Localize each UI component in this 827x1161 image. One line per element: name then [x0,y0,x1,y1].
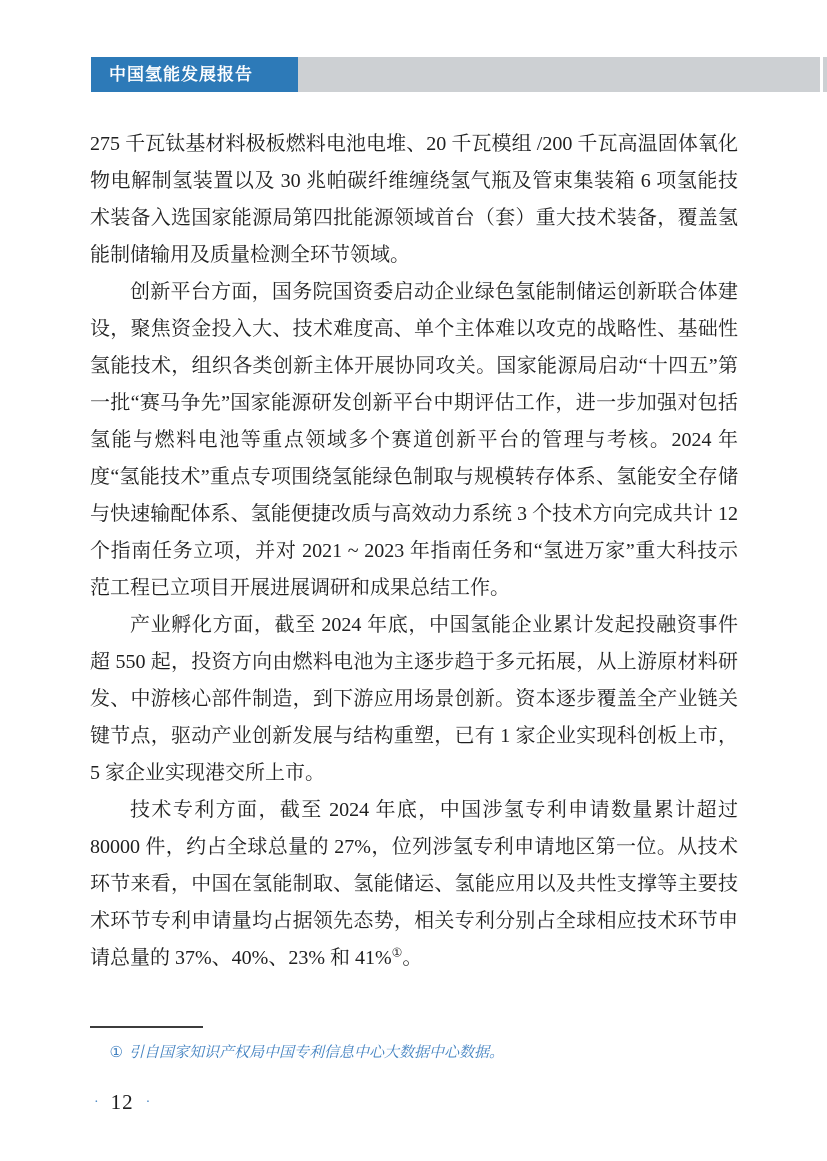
paragraph-innovation-platform: 创新平台方面，国务院国资委启动企业绿色氢能制储运创新联合体建设，聚焦资金投入大、… [90,274,738,607]
footnote-marker: ① [110,1045,123,1061]
footnote: ①引自国家知识产权局中国专利信息中心大数据中心数据。 [90,1042,738,1064]
paragraph-industry-incubation: 产业孵化方面，截至 2024 年底，中国氢能企业累计发起投融资事件超 550 起… [90,607,738,792]
page-number-value: 12 [111,1090,134,1115]
header-gray-bar [298,57,820,92]
body-text: 275 千瓦钛基材料极板燃料电池电堆、20 千瓦模组 /200 千瓦高温固体氧化… [90,126,738,977]
paragraph-patents-period: 。 [402,947,422,969]
report-title-badge: 中国氢能发展报告 [91,57,298,92]
paragraph-patents-text: 技术专利方面，截至 2024 年底，中国涉氢专利申请数量累计超过 80000 件… [90,799,738,969]
page-header: 中国氢能发展报告 [91,57,827,92]
header-edge-sliver [823,57,827,92]
footnote-reference-mark: ① [392,945,403,959]
paragraph-equipment: 275 千瓦钛基材料极板燃料电池电堆、20 千瓦模组 /200 千瓦高温固体氧化… [90,126,738,274]
document-page: 中国氢能发展报告 275 千瓦钛基材料极板燃料电池电堆、20 千瓦模组 /200… [0,0,827,1161]
page-number-dot-right: · [146,1092,151,1113]
page-number-dot-left: · [94,1092,99,1113]
paragraph-patents: 技术专利方面，截至 2024 年底，中国涉氢专利申请数量累计超过 80000 件… [90,792,738,977]
footnote-divider [90,1026,203,1028]
footnote-text: 引自国家知识产权局中国专利信息中心大数据中心数据。 [129,1045,504,1061]
page-number: · 12 · [94,1090,150,1115]
